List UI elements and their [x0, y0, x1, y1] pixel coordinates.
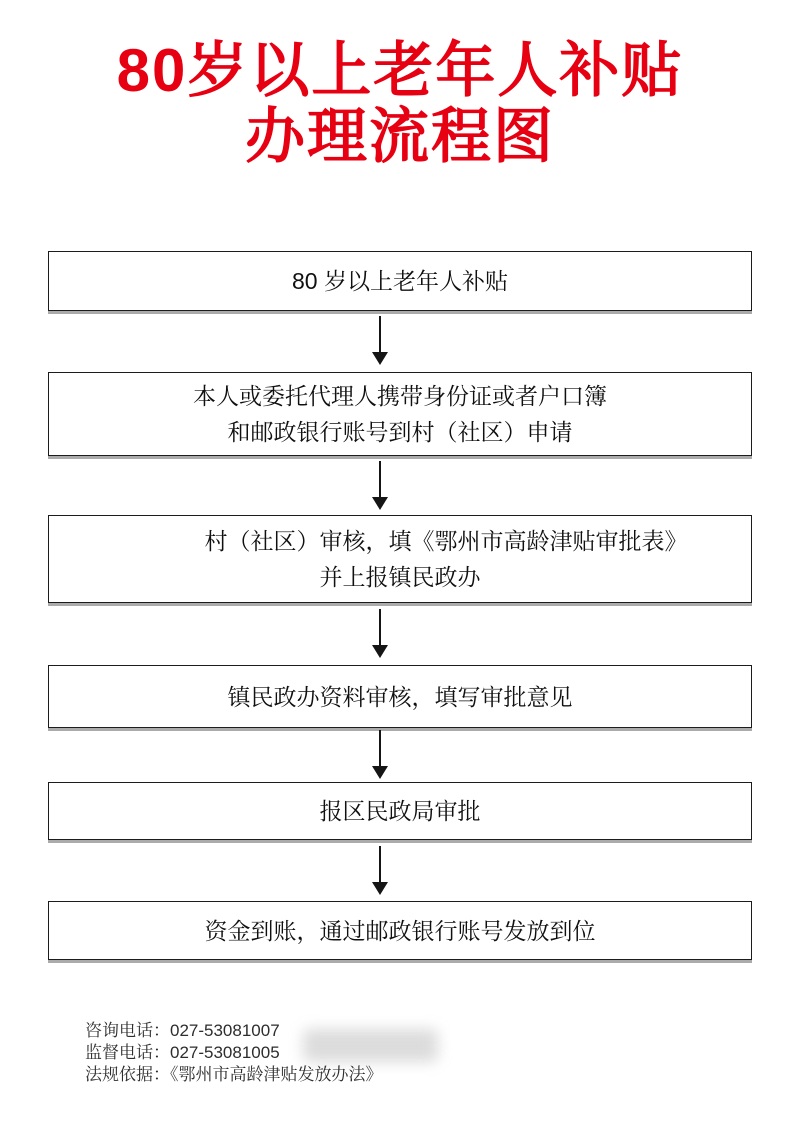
arrow-shaft — [379, 316, 381, 352]
arrow-shaft — [379, 846, 381, 882]
arrow-shaft — [379, 609, 381, 645]
flow-step-apply: 本人或委托代理人携带身份证或者户口簿 和邮政银行账号到村（社区）申请 — [48, 372, 752, 456]
flow-step-town-review: 镇民政办资料审核，填写审批意见 — [48, 665, 752, 728]
flow-arrow-down-4 — [372, 730, 388, 779]
page-title: 80岁以上老年人补贴 办理流程图 — [0, 38, 800, 170]
flow-arrow-down-3 — [372, 609, 388, 658]
flow-step-text: 镇民政办资料审核，填写审批意见 — [228, 679, 573, 715]
arrow-head-icon — [372, 645, 388, 658]
arrow-head-icon — [372, 882, 388, 895]
flow-step-subsidy: 80 岁以上老年人补贴 — [48, 251, 752, 311]
flow-step-text: 报区民政局审批 — [320, 793, 481, 829]
flow-step-text: 本人或委托代理人携带身份证或者户口簿 — [193, 378, 607, 414]
arrow-shaft — [379, 730, 381, 766]
arrow-head-icon — [372, 497, 388, 510]
footer-legal-basis: 法规依据：《鄂州市高龄津贴发放办法》 — [85, 1064, 383, 1086]
flow-arrow-down-1 — [372, 316, 388, 365]
arrow-head-icon — [372, 352, 388, 365]
footer-supervise-phone: 监督电话：027-53081005 — [85, 1042, 383, 1064]
arrow-head-icon — [372, 766, 388, 779]
flow-step-text: 村（社区）审核，填《鄂州市高龄津贴审批表》 — [205, 523, 688, 559]
flow-step-funds-paid: 资金到账，通过邮政银行账号发放到位 — [48, 901, 752, 960]
flow-step-text: 80 岁以上老年人补贴 — [292, 263, 508, 299]
flow-step-village-review: 村（社区）审核，填《鄂州市高龄津贴审批表》 并上报镇民政办 — [48, 515, 752, 603]
flow-step-district-approval: 报区民政局审批 — [48, 782, 752, 840]
arrow-shaft — [379, 461, 381, 497]
footer-consult-phone: 咨询电话：027-53081007 — [85, 1020, 383, 1042]
flow-arrow-down-5 — [372, 846, 388, 895]
flow-step-text: 资金到账，通过邮政银行账号发放到位 — [205, 913, 596, 949]
page-title-line-1: 80岁以上老年人补贴 — [0, 38, 800, 104]
flow-step-text: 并上报镇民政办 — [320, 559, 481, 595]
flow-step-text: 和邮政银行账号到村（社区）申请 — [228, 414, 573, 450]
footer-contact-info: 咨询电话：027-53081007 监督电话：027-53081005 法规依据… — [85, 1020, 383, 1086]
flow-arrow-down-2 — [372, 461, 388, 510]
flowchart-page: 80岁以上老年人补贴 办理流程图 80 岁以上老年人补贴 本人或委托代理人携带身… — [0, 0, 800, 1131]
page-title-line-2: 办理流程图 — [0, 104, 800, 170]
